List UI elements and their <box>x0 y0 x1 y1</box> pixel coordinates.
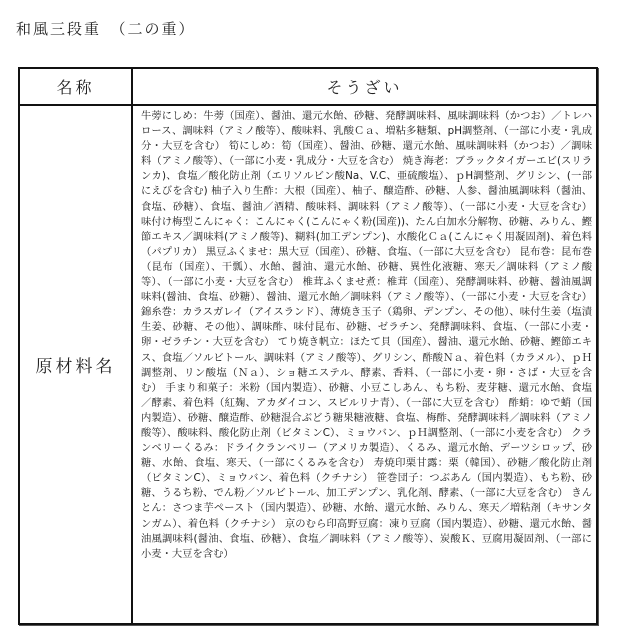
table-row: 原材料名 牛蒡にしめ：牛蒡（国産）、醤油、還元水飴、砂糖、発酵調味料、風味調味料… <box>19 105 597 624</box>
document-title: 和風三段重 （二の重） <box>16 18 196 39</box>
ingredients-text: 牛蒡にしめ：牛蒡（国産）、醤油、還元水飴、砂糖、発酵調味料、風味調味料（かつお）… <box>132 105 597 624</box>
table-header-row: 名称 そうざい <box>19 68 597 105</box>
header-product-type: そうざい <box>132 68 597 105</box>
ingredients-table: 名称 そうざい 原材料名 牛蒡にしめ：牛蒡（国産）、醤油、還元水飴、砂糖、発酵調… <box>18 67 598 625</box>
row-label-ingredients: 原材料名 <box>19 105 132 624</box>
header-name-column: 名称 <box>19 68 132 105</box>
